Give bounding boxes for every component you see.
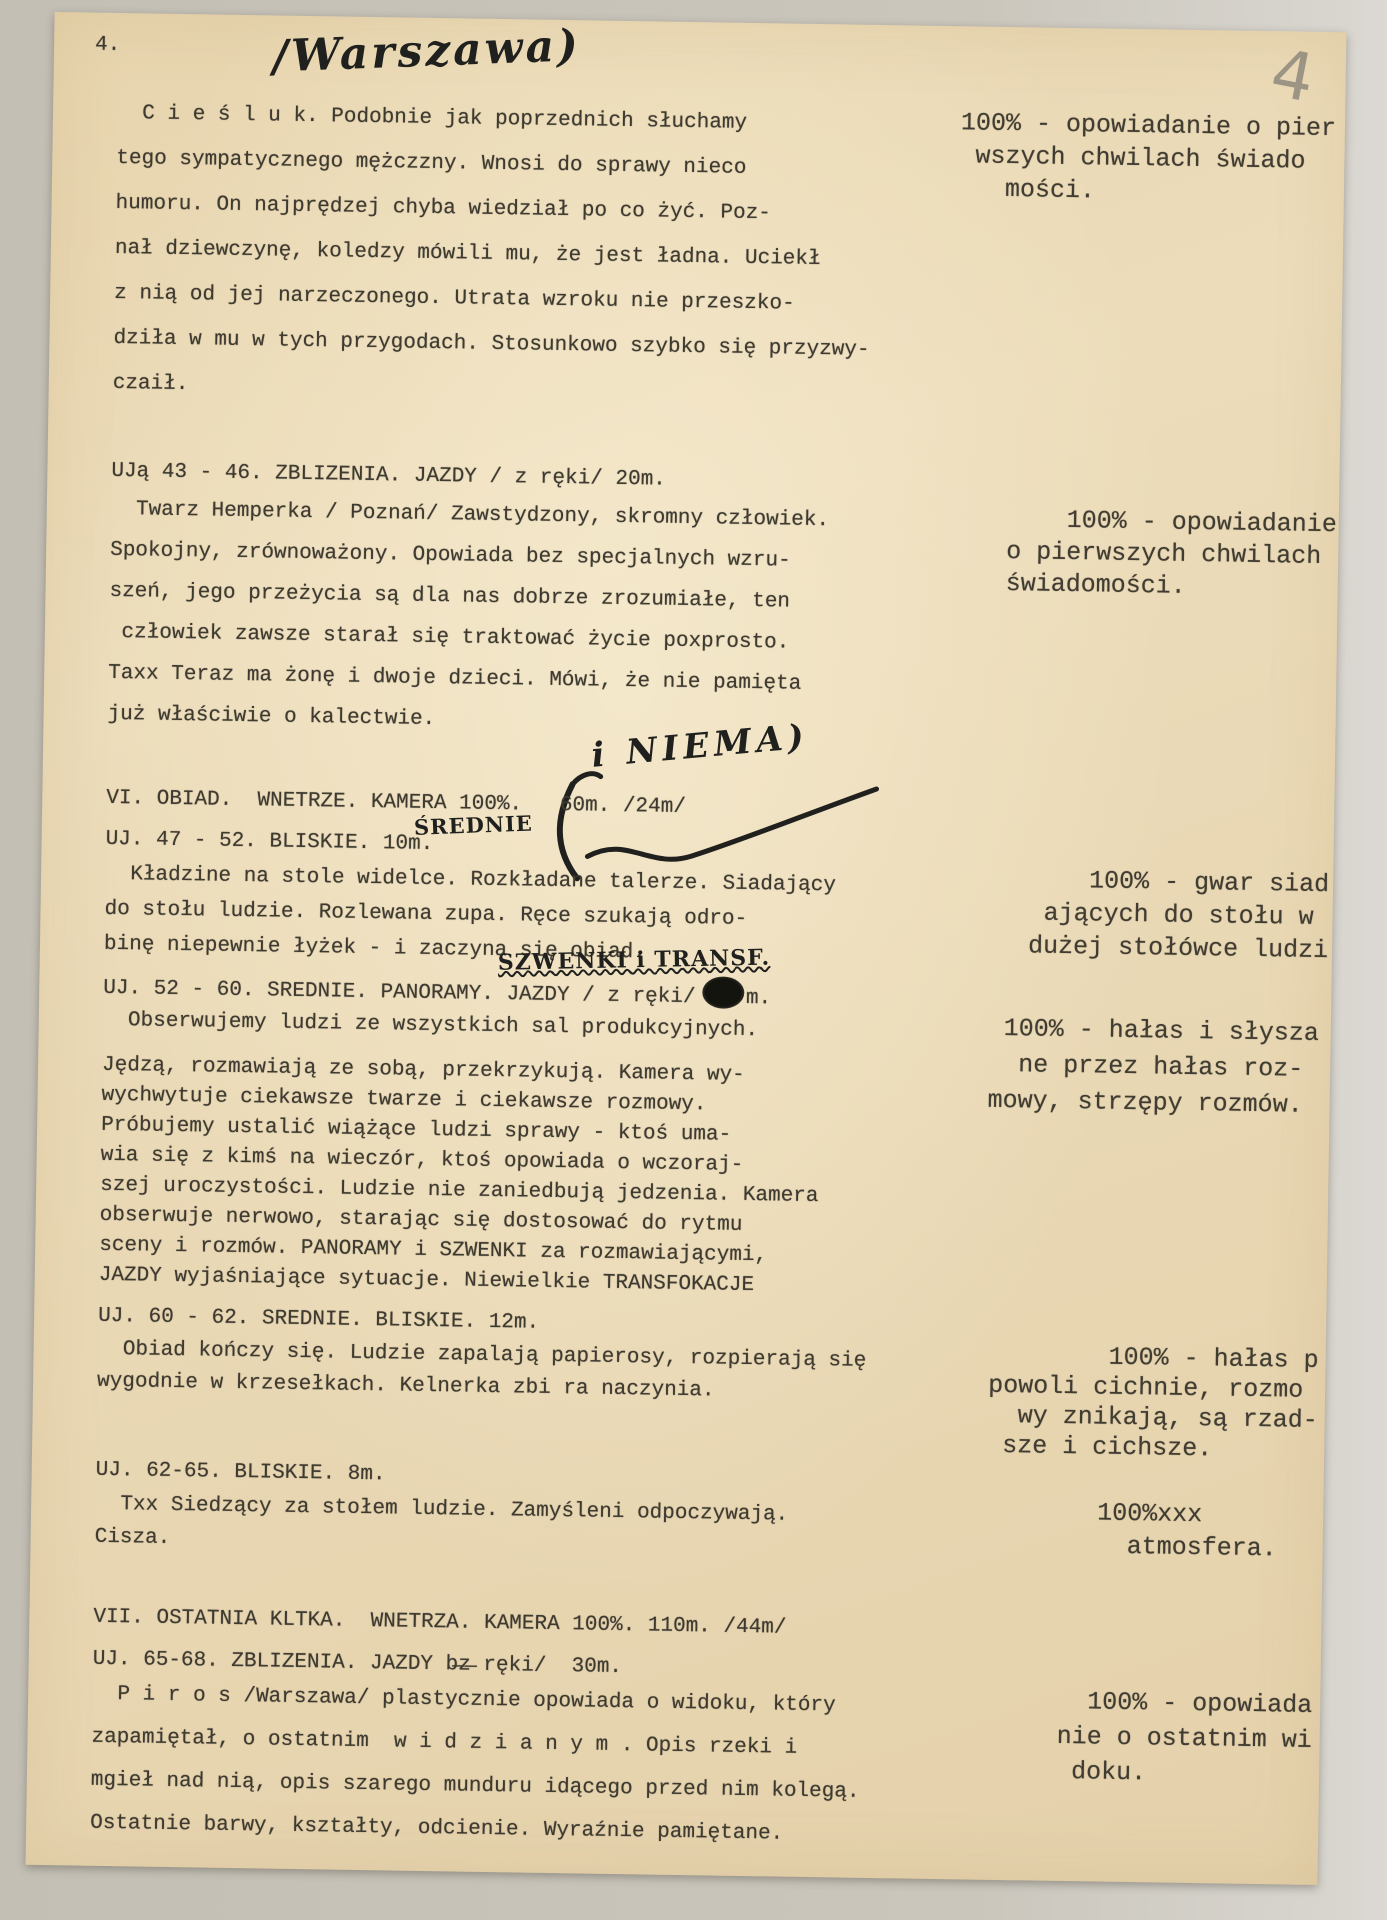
margin-note-gwar: 100% - gwar siad ających do stołu w duże… xyxy=(1028,863,1330,967)
handwritten-city-annotation: /Warszawa) xyxy=(271,20,581,82)
ink-blob-correction xyxy=(702,976,744,1009)
typed-page-number: 4. xyxy=(95,33,121,59)
handwritten-camera-moves-note: SZWENKI i TRANSF. xyxy=(498,945,771,976)
margin-note-swiadomosc-1: 100% - opowiadanie o pier wszych chwilac… xyxy=(960,106,1337,211)
paragraph-jedza: Jędzą, rozmawiają ze sobą, przekrzykują.… xyxy=(99,1051,821,1302)
paragraph-obserwujemy: Obserwujemy ludzi ze wszystkich sal prod… xyxy=(103,1008,759,1044)
margin-note-swiadomosc-2: 100% - opowiadanie o pierwszych chwilach… xyxy=(1006,504,1338,605)
paragraph-piros: P i r o s /Warszawa/ plastycznie opowiad… xyxy=(90,1673,861,1857)
shot-heading-uj47-52: UJ. 47 - 52. BLISKIE. 10m. xyxy=(105,827,433,858)
paragraph-siedzacy: Txx Siedzący za stołem ludzie. Zamyśleni… xyxy=(94,1488,788,1565)
scene-heading-vii-ostatnia-klatka: VII. OSTATNIA KLTKA. WNETRZA. KAMERA 100… xyxy=(93,1605,786,1642)
shot-heading-uj62-65: UJ. 62-65. BLISKIE. 8m. xyxy=(96,1458,386,1489)
paragraph-obiad-konczy: Obiad kończy się. Ludzie zapalają papier… xyxy=(97,1334,867,1410)
shot-heading-uj52-60: UJ. 52 - 60. SREDNIE. PANORAMY. JAZDY / … xyxy=(103,976,771,1012)
margin-note-atmosfera: 100%xxx atmosfera. xyxy=(1096,1497,1277,1566)
document-page: 4. /Warszawa) 4 C i e ś l u k. Podobnie … xyxy=(26,12,1347,1885)
margin-note-opowiada: 100% - opowiada nie o ostatnim wi doku. xyxy=(1056,1684,1313,1793)
screenshot-root: { "page": { "typed_page_number": "4.", "… xyxy=(0,0,1387,1920)
shot-heading-uj60-62: UJ. 60 - 62. SREDNIE. BLISKIE. 12m. xyxy=(98,1304,539,1337)
pencil-page-mark: 4 xyxy=(1265,34,1321,118)
paragraph-hemperek: Twarz Hemperka / Poznań/ Zawstydzony, sk… xyxy=(107,489,829,746)
shot-heading-uj43-46: UJą 43 - 46. ZBLIZENIA. JAZDY / z ręki/ … xyxy=(111,459,666,494)
paragraph-ciesluk: C i e ś l u k. Podobnie jak poprzednich … xyxy=(112,91,873,418)
margin-note-halas-cichnie: 100% - hałas p powoli cichnie, rozmo wy … xyxy=(987,1341,1319,1466)
margin-note-halas: 100% - hałas i słysza ne przez hałas roz… xyxy=(987,1011,1319,1124)
